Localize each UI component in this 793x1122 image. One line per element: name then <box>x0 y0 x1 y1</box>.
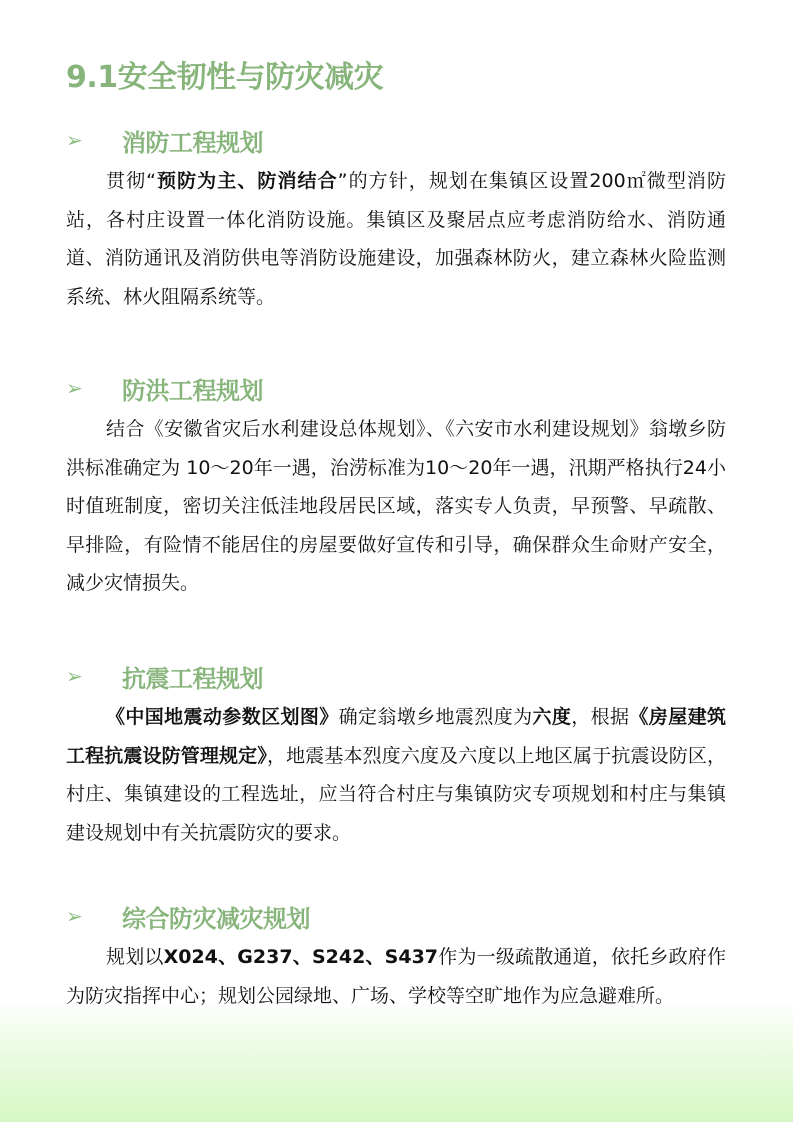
section-paragraph: 结合《安徽省灾后水利建设总体规划》、《六安市水利建设规划》翁墩乡防洪标准确定为 … <box>66 410 726 603</box>
section-title: 抗震工程规划 <box>122 659 263 694</box>
text-run-bold: X024、G237、S242、S437 <box>164 946 438 968</box>
text-run-bold: 预防为主、防消结合 <box>156 170 338 192</box>
section-title: 综合防灾减灾规划 <box>122 899 310 934</box>
section-fire-protection: ➢ 消防工程规划 贯彻“预防为主、防消结合”的方针，规划在集镇区设置200㎡微型… <box>66 122 726 316</box>
section-heading: ➢ 抗震工程规划 <box>66 658 726 694</box>
text-run: 规划以 <box>106 946 164 968</box>
section-paragraph: 贯彻“预防为主、防消结合”的方针，规划在集镇区设置200㎡微型消防站，各村庄设置… <box>66 162 726 316</box>
page-title: 9.1安全韧性与防灾减灾 <box>66 52 383 96</box>
text-run-bold: 六度 <box>532 706 571 728</box>
text-run: 确定翁墩乡地震烈度为 <box>339 706 533 728</box>
arrow-bullet-icon: ➢ <box>66 664 96 688</box>
text-run-bold: 《中国地震动参数区划图》 <box>106 706 339 728</box>
section-comprehensive-disaster: ➢ 综合防灾减灾规划 规划以X024、G237、S242、S437作为一级疏散通… <box>66 898 726 1015</box>
section-title: 消防工程规划 <box>122 123 263 158</box>
section-heading: ➢ 消防工程规划 <box>66 122 726 158</box>
section-flood-control: ➢ 防洪工程规划 结合《安徽省灾后水利建设总体规划》、《六安市水利建设规划》翁墩… <box>66 370 726 603</box>
section-title: 防洪工程规划 <box>122 371 263 406</box>
text-run: 贯彻“ <box>106 170 156 192</box>
arrow-bullet-icon: ➢ <box>66 376 96 400</box>
section-earthquake: ➢ 抗震工程规划 《中国地震动参数区划图》确定翁墩乡地震烈度为六度，根据《房屋建… <box>66 658 726 852</box>
section-paragraph: 规划以X024、G237、S242、S437作为一级疏散通道，依托乡政府作为防灾… <box>66 938 726 1015</box>
text-run: 结合《安徽省灾后水利建设总体规划》、《六安市水利建设规划》翁墩乡防洪标准确定为 … <box>66 418 726 594</box>
section-heading: ➢ 综合防灾减灾规划 <box>66 898 726 934</box>
text-run: ，根据 <box>571 706 629 728</box>
arrow-bullet-icon: ➢ <box>66 128 96 152</box>
arrow-bullet-icon: ➢ <box>66 904 96 928</box>
section-heading: ➢ 防洪工程规划 <box>66 370 726 406</box>
section-paragraph: 《中国地震动参数区划图》确定翁墩乡地震烈度为六度，根据《房屋建筑工程抗震设防管理… <box>66 698 726 852</box>
